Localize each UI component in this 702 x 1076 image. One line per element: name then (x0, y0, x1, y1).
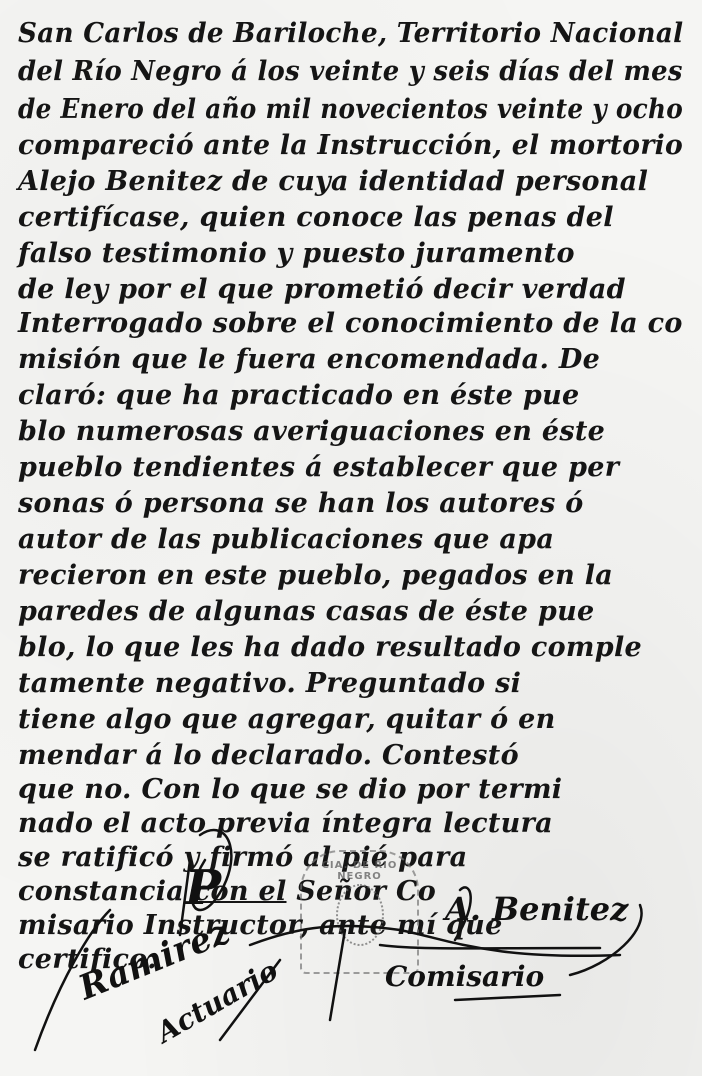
center-flourish: P (185, 860, 221, 916)
right-signature-title: Comisario (385, 960, 544, 993)
scanned-document-page: San Carlos de Bariloche, Territorio Naci… (0, 0, 702, 1076)
right-signature: A. Benitez (445, 890, 628, 928)
